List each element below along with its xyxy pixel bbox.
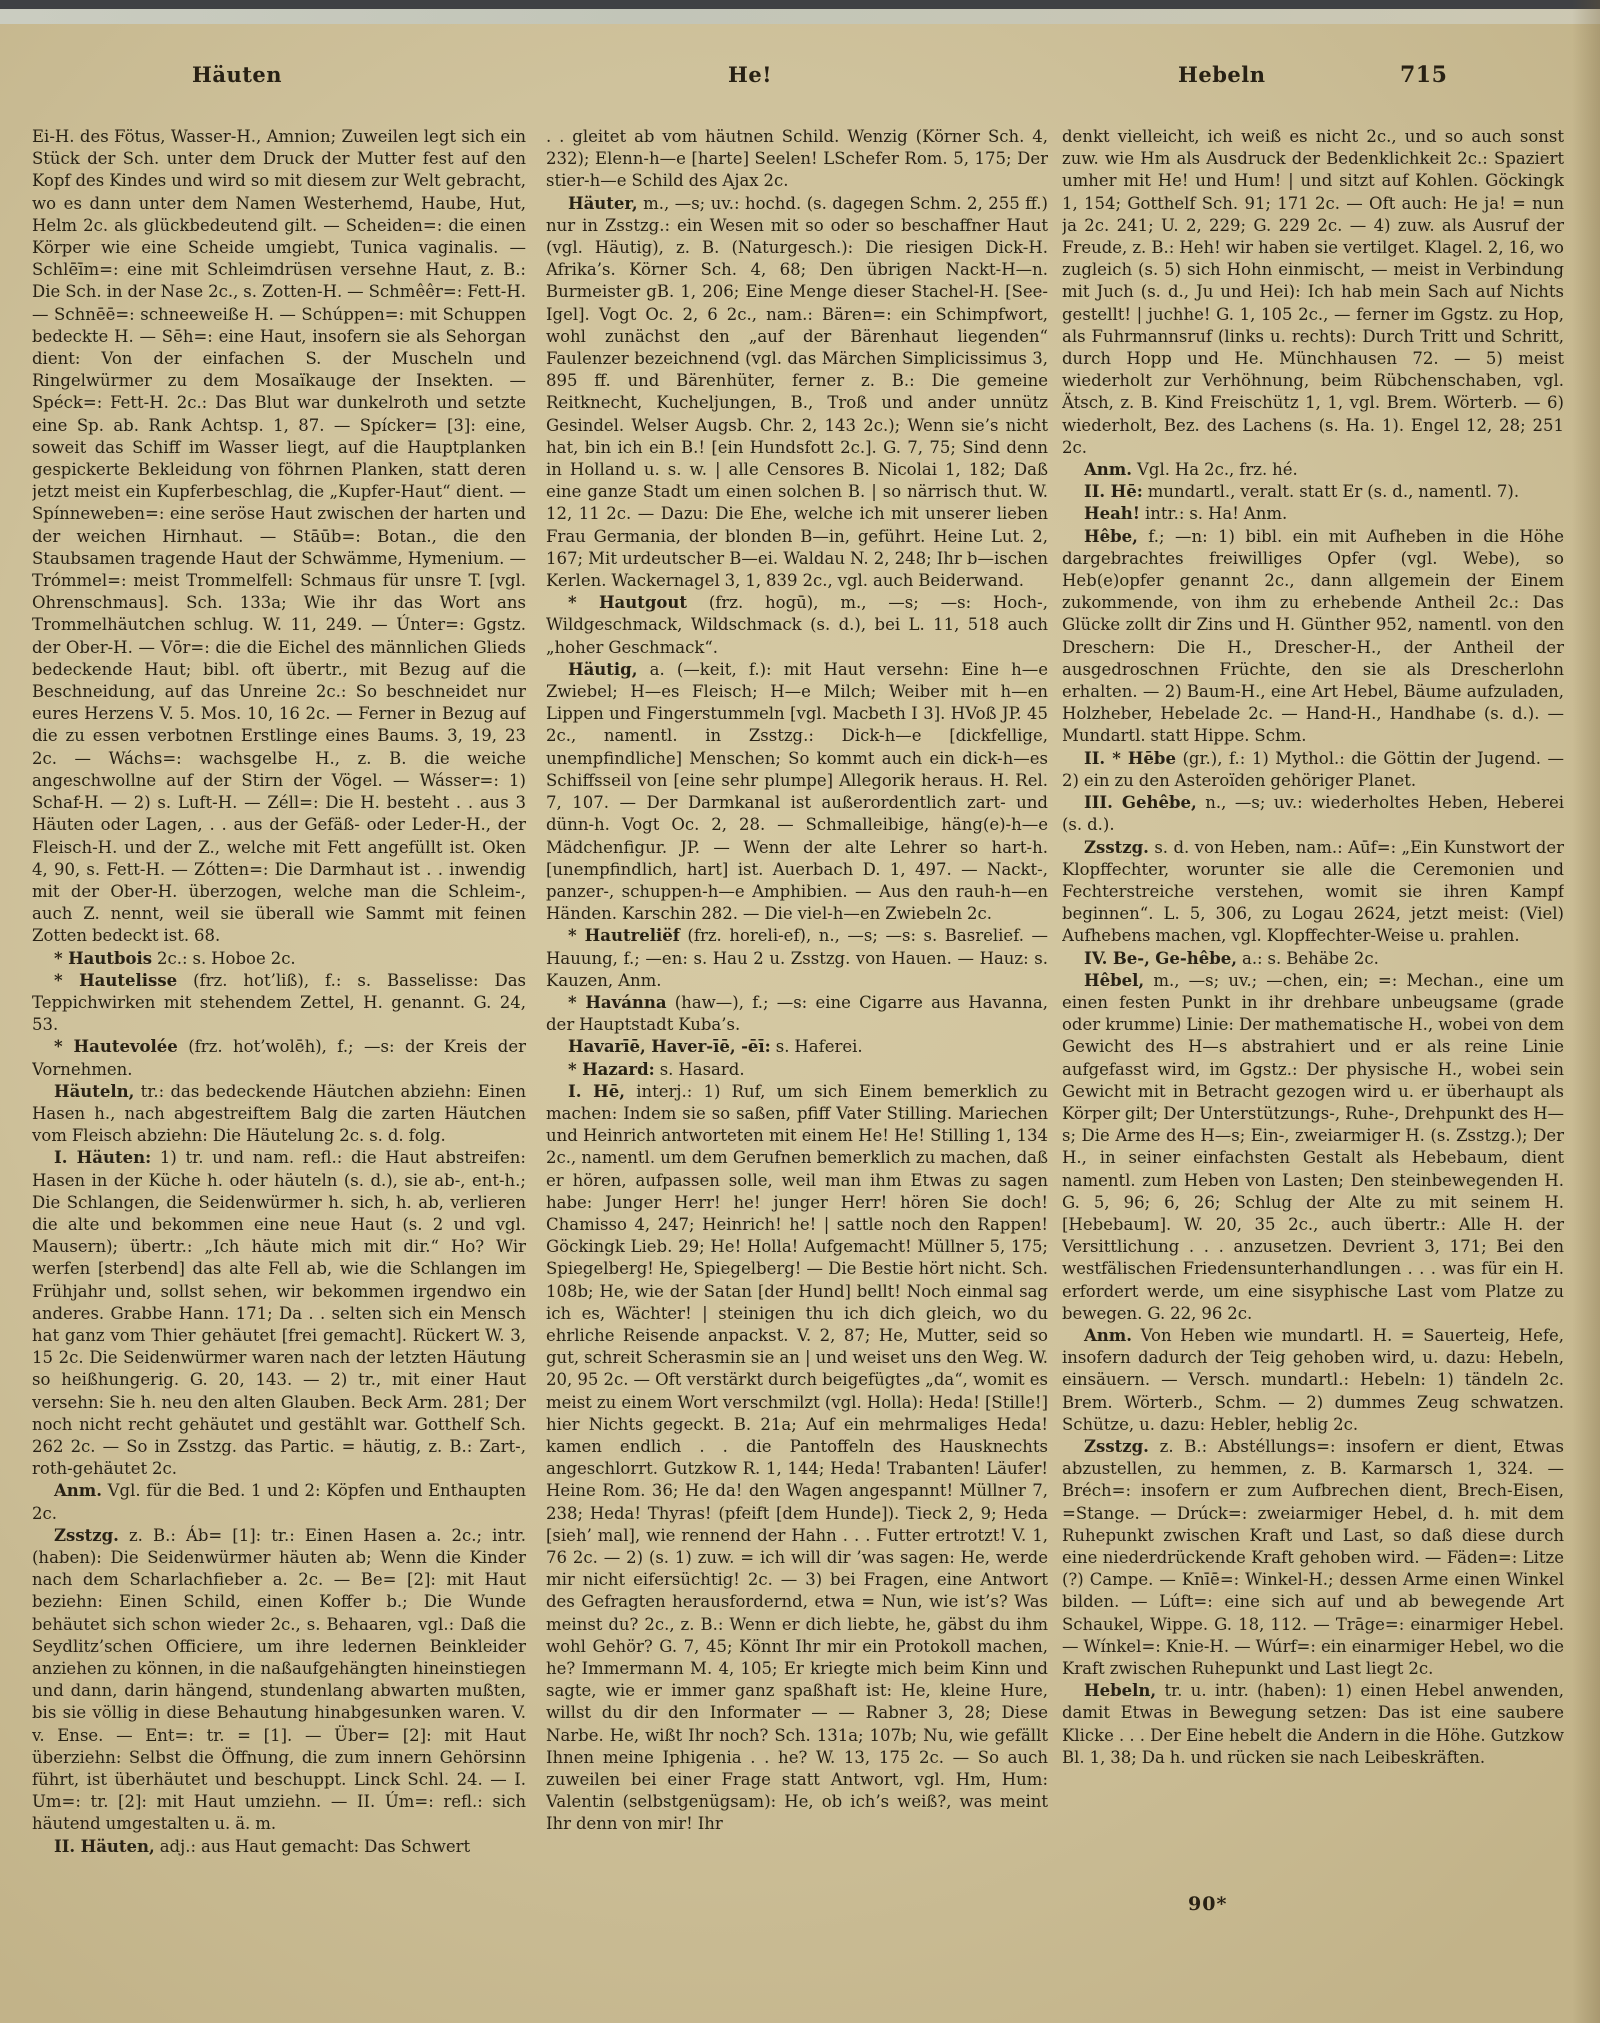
entry-headword: Häuteln, (54, 1082, 134, 1101)
entry-headword: IV. Be-, Ge-hêbe, (1084, 949, 1237, 968)
entry-headword: Anm. (1084, 1326, 1132, 1345)
running-head-right: Hebeln (1178, 62, 1266, 87)
paragraph: Zsstzg. z. B.: Áb= [1]: tr.: Einen Hasen… (32, 1525, 526, 1836)
entry-headword: * Hautelisse (54, 971, 177, 990)
paragraph: III. Gehêbe, n., —s; uv.: wiederholtes H… (1062, 792, 1564, 836)
entry-headword: * Hautbois (54, 949, 152, 968)
paragraph: denkt vielleicht, ich weiß es nicht 2c.,… (1062, 126, 1564, 459)
entry-headword: Hêbel, (1084, 971, 1144, 990)
text-column-middle: . . gleitet ab vom häutnen Schild. Wenzi… (546, 126, 1048, 1926)
paragraph: * Hautevolée (frz. hot’wolēh), f.; —s: d… (32, 1036, 526, 1080)
paragraph: I. Hē, interj.: 1) Ruf, um sich Einem be… (546, 1081, 1048, 1836)
text-column-left: Ei-H. des Fötus, Wasser-H., Amnion; Zuwe… (32, 126, 526, 1926)
entry-headword: Anm. (1084, 460, 1132, 479)
scan-top-edge-dark (0, 0, 1600, 9)
paragraph: * Hautgout (frz. hogū), m., —s; —s: Hoch… (546, 592, 1048, 659)
signature-mark: 90* (1188, 1893, 1227, 1915)
paragraph: Ei-H. des Fötus, Wasser-H., Amnion; Zuwe… (32, 126, 526, 948)
entry-headword: Zsstzg. (54, 1526, 119, 1545)
paragraph: Anm. Vgl. für die Bed. 1 und 2: Köpfen u… (32, 1480, 526, 1524)
paragraph: Heah! intr.: s. Ha! Anm. (1062, 503, 1564, 525)
scan-top-edge-light (0, 9, 1600, 24)
paragraph: Havarīē, Haver-īē, -ēī: s. Haferei. (546, 1036, 1048, 1058)
paragraph: . . gleitet ab vom häutnen Schild. Wenzi… (546, 126, 1048, 193)
paragraph: * Havánna (haw—), f.; —s: eine Cigarre a… (546, 992, 1048, 1036)
paragraph: Häuteln, tr.: das bedeckende Häutchen ab… (32, 1081, 526, 1148)
paragraph: I. Häuten: 1) tr. und nam. refl.: die Ha… (32, 1147, 526, 1480)
paragraph: Zsstzg. z. B.: Abstéllungs=: insofern er… (1062, 1436, 1564, 1680)
paragraph: Anm. Vgl. Ha 2c., frz. hé. (1062, 459, 1564, 481)
entry-headword: * Havánna (568, 993, 667, 1012)
entry-headword: * Hazard: (568, 1060, 655, 1079)
entry-headword: I. Häuten: (54, 1148, 151, 1167)
paragraph: * Hautbois 2c.: s. Hoboe 2c. (32, 948, 526, 970)
entry-headword: * Hautgout (568, 593, 687, 612)
entry-headword: Zsstzg. (1084, 838, 1149, 857)
entry-headword: II. Häuten, (54, 1837, 155, 1856)
entry-headword: Havarīē, Haver-īē, -ēī: (568, 1037, 771, 1056)
entry-headword: II. Hē: (1084, 482, 1143, 501)
paragraph: Hebeln, tr. u. intr. (haben): 1) einen H… (1062, 1680, 1564, 1769)
entry-headword: Zsstzg. (1084, 1437, 1149, 1456)
running-head-center: He! (728, 62, 772, 87)
running-head-left: Häuten (192, 62, 282, 87)
paragraph: * Hazard: s. Hasard. (546, 1059, 1048, 1081)
paragraph: II. * Hēbe (gr.), f.: 1) Mythol.: die Gö… (1062, 748, 1564, 792)
scan-right-edge-shadow (1572, 0, 1600, 2023)
paragraph: II. Hē: mundartl., veralt. statt Er (s. … (1062, 481, 1564, 503)
paragraph: Häutig, a. (—keit, f.): mit Haut versehn… (546, 659, 1048, 925)
entry-headword: Heah! (1084, 504, 1140, 523)
paragraph: IV. Be-, Ge-hêbe, a.: s. Behäbe 2c. (1062, 948, 1564, 970)
paragraph: * Hautelisse (frz. hot’liß), f.: s. Bass… (32, 970, 526, 1037)
paragraph: II. Häuten, adj.: aus Haut gemacht: Das … (32, 1836, 526, 1858)
entry-headword: Häutig, (568, 660, 637, 679)
entry-headword: Anm. (54, 1481, 102, 1500)
paragraph: Hêbe, f.; —n: 1) bibl. ein mit Aufheben … (1062, 526, 1564, 748)
page-number: 715 (1400, 62, 1447, 88)
entry-headword: Hêbe, (1084, 527, 1138, 546)
dictionary-page: Häuten He! Hebeln 715 Ei-H. des Fötus, W… (0, 0, 1600, 2023)
entry-headword: II. * Hēbe (1084, 749, 1176, 768)
entry-headword: Häuter, (568, 194, 638, 213)
entry-headword: * Hautreliëf (568, 926, 680, 945)
text-column-right: denkt vielleicht, ich weiß es nicht 2c.,… (1062, 126, 1564, 1926)
entry-headword: I. Hē, (568, 1082, 625, 1101)
paragraph: Anm. Von Heben wie mundartl. H. = Sauert… (1062, 1325, 1564, 1436)
paragraph: * Hautreliëf (frz. horeli-ef), n., —s; —… (546, 925, 1048, 992)
entry-headword: Hebeln, (1084, 1681, 1156, 1700)
paragraph: Hêbel, m., —s; uv.; —chen, ein; =: Mecha… (1062, 970, 1564, 1325)
paragraph: Zsstzg. s. d. von Heben, nam.: Aūf=: „Ei… (1062, 837, 1564, 948)
paragraph: Häuter, m., —s; uv.: hochd. (s. dagegen … (546, 193, 1048, 593)
entry-headword: * Hautevolée (54, 1037, 178, 1056)
entry-headword: III. Gehêbe, (1084, 793, 1197, 812)
